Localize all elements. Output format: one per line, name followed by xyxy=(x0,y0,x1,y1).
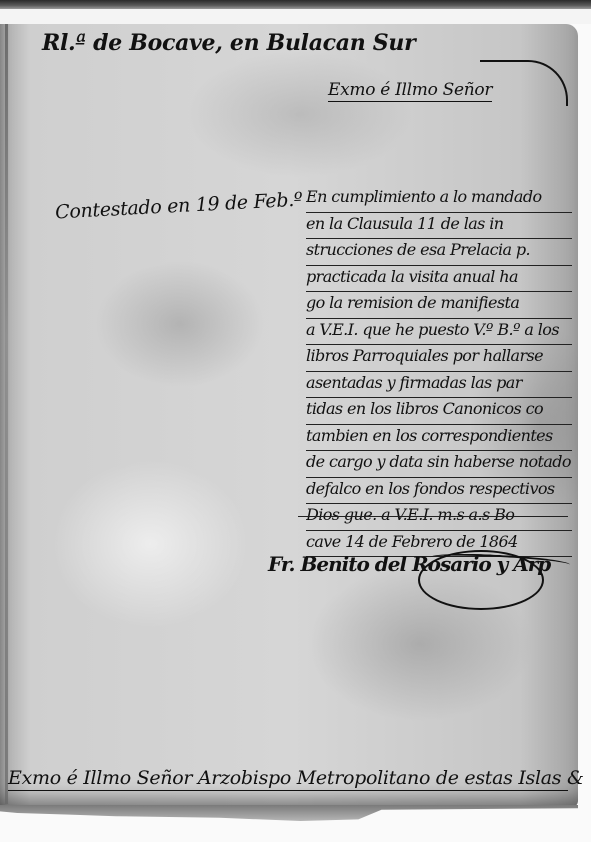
page-binding-edge xyxy=(5,24,8,804)
salutation: Exmo é Illmo Señor xyxy=(328,80,492,102)
body-line: a V.E.I. que he puesto V.º B.º a los xyxy=(306,319,572,346)
scanner-margin xyxy=(0,9,591,24)
body-line: go la remision de manifiesta xyxy=(306,292,572,319)
document-heading: Rl.ª de Bocave, en Bulacan Sur xyxy=(42,30,415,56)
body-line: en la Clausula 11 de las in xyxy=(306,213,572,240)
signature: Fr. Benito del Rosario y Arp xyxy=(268,552,550,576)
body-line: libros Parroquiales por hallarse xyxy=(306,345,572,372)
body-line: tambien en los correspondientes xyxy=(306,425,572,452)
body-line: tidas en los libros Canonicos co xyxy=(306,398,572,425)
body-line: de cargo y data sin haberse notado xyxy=(306,451,572,478)
closing-rule xyxy=(298,516,568,517)
letter-body: En cumplimiento a lo mandado en la Claus… xyxy=(306,186,572,557)
addressee-line: Exmo é Illmo Señor Arzobispo Metropolita… xyxy=(8,767,568,791)
body-line: defalco en los fondos respectivos xyxy=(306,478,572,505)
body-line: Dios gue. a V.E.I. m.s a.s Bo xyxy=(306,504,572,531)
body-line: practicada la visita anual ha xyxy=(306,266,572,293)
scanner-top-edge xyxy=(0,0,591,9)
body-line: asentadas y firmadas las par xyxy=(306,372,572,399)
body-line: strucciones de esa Prelacia p. xyxy=(306,239,572,266)
body-line: En cumplimiento a lo mandado xyxy=(306,186,572,213)
